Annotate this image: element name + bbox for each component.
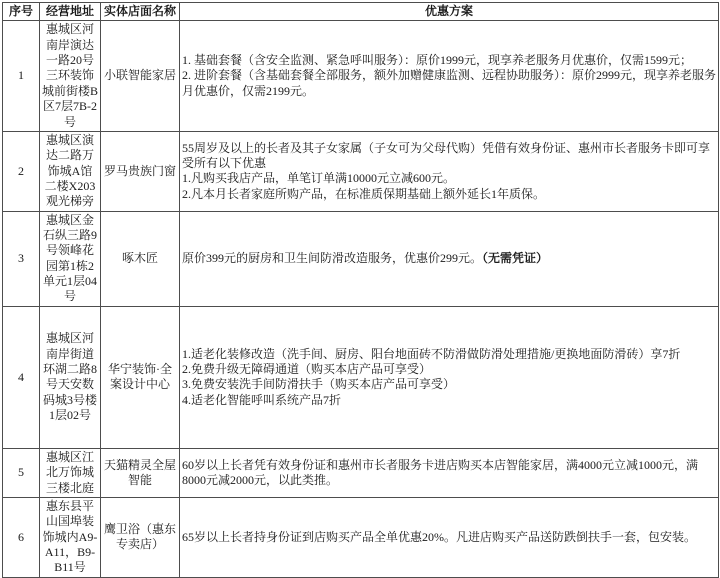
discount-plan-cell: 1.适老化装修改造（洗手间、厨房、阳台地面砖不防滑做防滑处理措施/更换地面防滑砖… <box>180 306 719 448</box>
store-name-cell: 啄木匠 <box>101 211 180 306</box>
plan-text: 1. 基础套餐（含安全监测、紧急呼叫服务）：原价1999元，现享养老服务月优惠价… <box>182 53 716 98</box>
row-number-cell: 4 <box>3 306 40 448</box>
store-name-cell: 华宁装饰·全案设计中心 <box>101 306 180 448</box>
document-page: 序号 经营地址 实体店面名称 优惠方案 1 惠城区河南岸演达一路20号三环装饰城… <box>0 0 720 566</box>
row-number-cell: 2 <box>3 131 40 211</box>
address-cell: 惠城区河南岸演达一路20号三环装饰城前街楼B区7层7B-2号 <box>40 21 101 132</box>
discount-plan-cell: 60岁以上长者凭有效身份证和惠州市长者服务卡进店购买本店智能家居，满4000元立… <box>180 448 719 497</box>
plan-text: 55周岁及以上的长者及其子女家属（子女可为父母代购）凭借有效身份证、惠州市长者服… <box>182 141 710 201</box>
plan-text: 原价399元的厨房和卫生间防滑改造服务，优惠价299元。 <box>182 251 482 265</box>
table-row: 4 惠城区河南岸街道环湖二路8号天安数码城3号楼1层02号 华宁装饰·全案设计中… <box>3 306 719 448</box>
plan-text-bold: （无需凭证） <box>482 251 548 265</box>
row-number-cell: 5 <box>3 448 40 497</box>
table-row: 6 惠东县平山国埠装饰城内A9-A11，B9-B11号 鹰卫浴（惠东专卖店） 6… <box>3 497 719 577</box>
senior-discount-table: 序号 经营地址 实体店面名称 优惠方案 1 惠城区河南岸演达一路20号三环装饰城… <box>2 2 719 578</box>
header-row: 序号 经营地址 实体店面名称 优惠方案 <box>3 3 719 21</box>
address-cell: 惠城区演达二路万饰城A馆二楼X203观光梯旁 <box>40 131 101 211</box>
plan-text: 1.适老化装修改造（洗手间、厨房、阳台地面砖不防滑做防滑处理措施/更换地面防滑砖… <box>182 347 680 407</box>
discount-plan-cell: 原价399元的厨房和卫生间防滑改造服务，优惠价299元。（无需凭证） <box>180 211 719 306</box>
address-cell: 惠城区河南岸街道环湖二路8号天安数码城3号楼1层02号 <box>40 306 101 448</box>
table-row: 1 惠城区河南岸演达一路20号三环装饰城前街楼B区7层7B-2号 小联智能家居 … <box>3 21 719 132</box>
plan-text: 65岁以上长者持身份证到店购买产品全单优惠20%。凡进店购买产品送防跌倒扶手一套… <box>182 530 696 544</box>
store-name-cell: 罗马贵族门窗 <box>101 131 180 211</box>
address-cell: 惠城区江北万饰城三楼北庭 <box>40 448 101 497</box>
store-name-cell: 小联智能家居 <box>101 21 180 132</box>
plan-text: 60岁以上长者凭有效身份证和惠州市长者服务卡进店购买本店智能家居，满4000元立… <box>182 458 698 487</box>
store-name-cell: 鹰卫浴（惠东专卖店） <box>101 497 180 577</box>
row-number-cell: 6 <box>3 497 40 577</box>
table-row: 5 惠城区江北万饰城三楼北庭 天猫精灵全屋智能 60岁以上长者凭有效身份证和惠州… <box>3 448 719 497</box>
header-business-address: 经营地址 <box>40 3 101 21</box>
table-row: 2 惠城区演达二路万饰城A馆二楼X203观光梯旁 罗马贵族门窗 55周岁及以上的… <box>3 131 719 211</box>
discount-plan-cell: 65岁以上长者持身份证到店购买产品全单优惠20%。凡进店购买产品送防跌倒扶手一套… <box>180 497 719 577</box>
row-number-cell: 1 <box>3 21 40 132</box>
store-name-cell: 天猫精灵全屋智能 <box>101 448 180 497</box>
row-number-cell: 3 <box>3 211 40 306</box>
discount-plan-cell: 55周岁及以上的长者及其子女家属（子女可为父母代购）凭借有效身份证、惠州市长者服… <box>180 131 719 211</box>
table-row: 3 惠城区金石纵三路9号领峰花园第1栋2单元1层04号 啄木匠 原价399元的厨… <box>3 211 719 306</box>
header-serial-number: 序号 <box>3 3 40 21</box>
address-cell: 惠城区金石纵三路9号领峰花园第1栋2单元1层04号 <box>40 211 101 306</box>
address-cell: 惠东县平山国埠装饰城内A9-A11，B9-B11号 <box>40 497 101 577</box>
header-store-name: 实体店面名称 <box>101 3 180 21</box>
discount-plan-cell: 1. 基础套餐（含安全监测、紧急呼叫服务）：原价1999元，现享养老服务月优惠价… <box>180 21 719 132</box>
header-discount-plan: 优惠方案 <box>180 3 719 21</box>
